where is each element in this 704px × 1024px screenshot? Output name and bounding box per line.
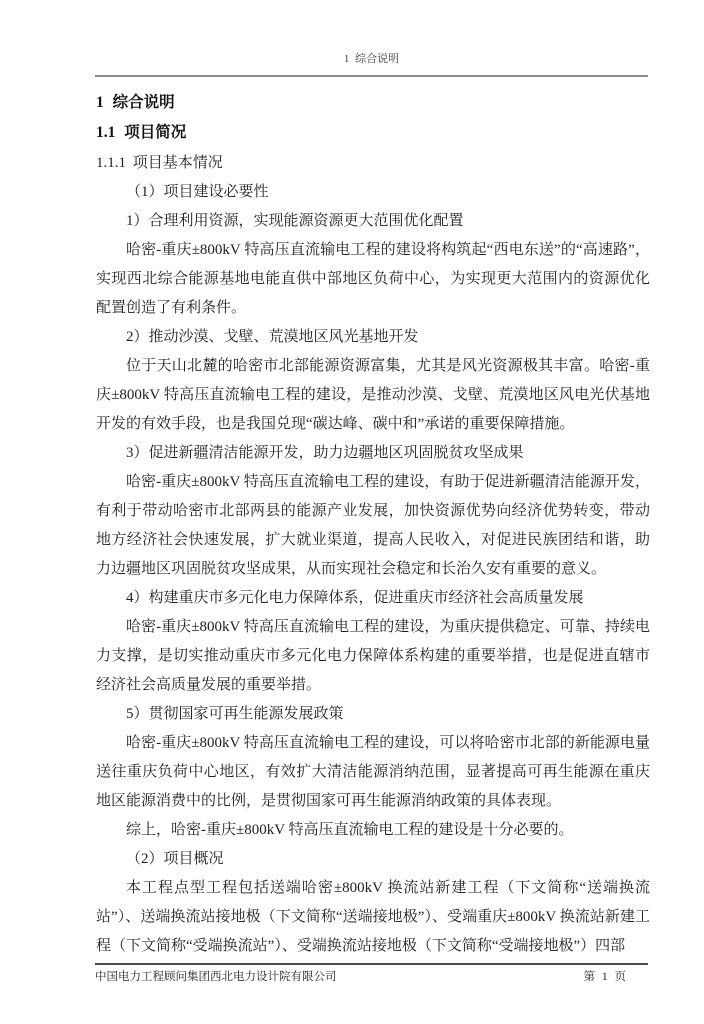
paragraph-item-3-body: 哈密-重庆±800kV 特高压直流输电工程的建设，有助于促进新疆清洁能源开发，有…: [96, 468, 650, 584]
running-header: 1 综合说明: [95, 50, 648, 68]
heading-level-2: 1.1 项目简况: [96, 118, 650, 148]
header-divider: [95, 75, 648, 77]
paragraph-overview-body: 本工程点型工程包括送端哈密±800kV 换流站新建工程（下文简称“送端换流站”）…: [96, 874, 650, 961]
paragraph-item-1-title: 1）合理利用资源，实现能源资源更大范围优化配置: [96, 207, 650, 236]
heading-level-1: 1 综合说明: [96, 88, 650, 118]
running-footer: 中国电力工程顾问集团西北电力设计院有限公司 第 1 页: [95, 969, 648, 986]
paragraph-overview-label: （2）项目概况: [96, 845, 650, 874]
footer-page-number: 第 1 页: [584, 969, 649, 986]
paragraph-item-2-body: 位于天山北麓的哈密市北部能源资源富集，尤其是风光资源极其丰富。哈密-重庆±800…: [96, 352, 650, 439]
paragraph-item-3-title: 3）促进新疆清洁能源开发，助力边疆地区巩固脱贫攻坚成果: [96, 439, 650, 468]
heading-level-3: 1.1.1 项目基本情况: [96, 148, 650, 178]
paragraph-item-4-body: 哈密-重庆±800kV 特高压直流输电工程的建设，为重庆提供稳定、可靠、持续电力…: [96, 613, 650, 700]
paragraph-item-5-title: 5）贯彻国家可再生能源发展政策: [96, 700, 650, 729]
paragraph-item-1-body: 哈密-重庆±800kV 特高压直流输电工程的建设将构筑起“西电东送”的“高速路”…: [96, 236, 650, 323]
paragraph-item-4-title: 4）构建重庆市多元化电力保障体系，促进重庆市经济社会高质量发展: [96, 584, 650, 613]
footer-company-name: 中国电力工程顾问集团西北电力设计院有限公司: [95, 969, 337, 986]
footer-divider: [95, 963, 648, 965]
paragraph-item-5-body: 哈密-重庆±800kV 特高压直流输电工程的建设，可以将哈密市北部的新能源电量送…: [96, 729, 650, 816]
paragraph-necessity-label: （1）项目建设必要性: [96, 178, 650, 207]
document-body: 1 综合说明 1.1 项目简况 1.1.1 项目基本情况 （1）项目建设必要性 …: [96, 88, 650, 961]
paragraph-conclusion: 综上，哈密-重庆±800kV 特高压直流输电工程的建设是十分必要的。: [96, 816, 650, 845]
running-header-title: 1 综合说明: [344, 53, 399, 65]
document-page: 1 综合说明 1 综合说明 1.1 项目简况 1.1.1 项目基本情况 （1）项…: [0, 0, 704, 1024]
paragraph-item-2-title: 2）推动沙漠、戈壁、荒漠地区风光基地开发: [96, 323, 650, 352]
